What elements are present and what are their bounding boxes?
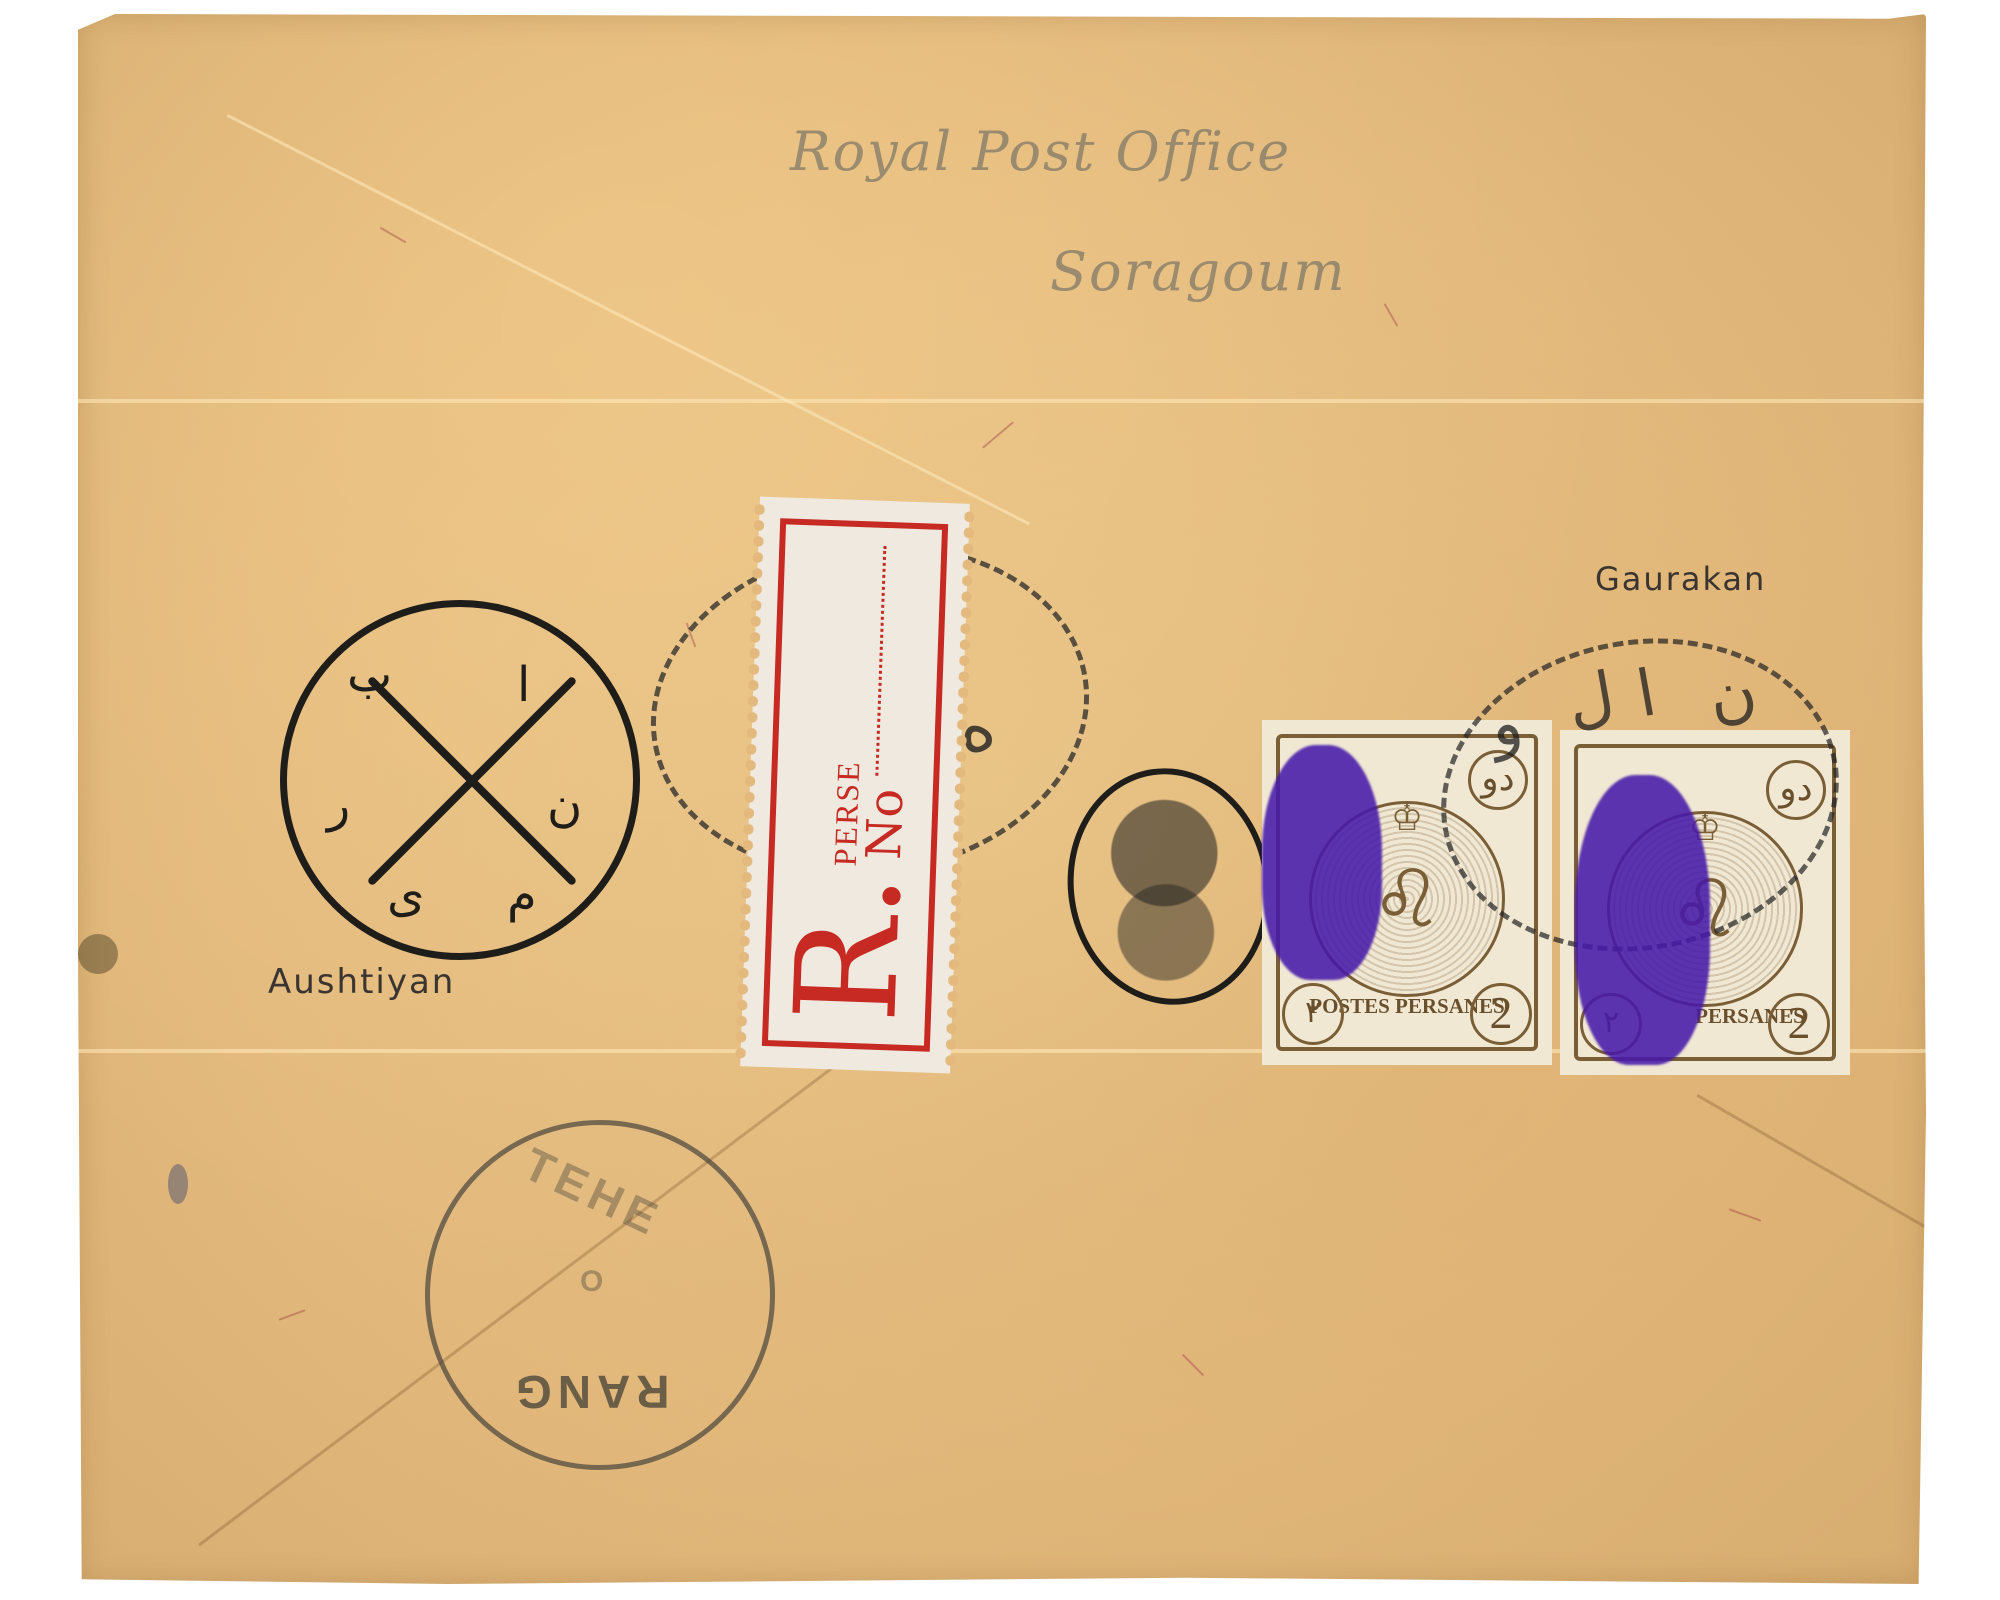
registration-number-prefix: No <box>856 788 914 861</box>
paper-fiber <box>1182 1354 1205 1377</box>
registration-label: PERSE R. No <box>745 502 964 1069</box>
seal-glyph: ا <box>517 657 530 713</box>
stamp-value-persian: ۲ <box>1282 983 1344 1045</box>
handwritten-gaurakan: Gaurakan <box>1595 560 1766 598</box>
transit-postmark: TEHE O RANG <box>425 1120 775 1470</box>
paper-fiber <box>982 421 1014 448</box>
postmark-glyph: ا <box>1631 656 1661 732</box>
seal-glyph: ب <box>347 647 392 703</box>
seal-glyph: م <box>507 867 537 923</box>
flap-edge <box>1697 1094 1958 1247</box>
violet-cancel-mark <box>1262 745 1382 980</box>
paper-fiber <box>279 1309 306 1320</box>
paper-fiber <box>380 227 407 244</box>
postmark-center: O <box>580 1265 609 1299</box>
fold-crease <box>78 399 1926 403</box>
paper-fiber <box>1384 303 1399 327</box>
seal-glyph: ی <box>387 867 425 923</box>
stamp-value: 2 <box>1768 993 1830 1055</box>
postmark-text-top: TEHE <box>515 1137 671 1248</box>
seal-glyph: ر <box>327 777 350 833</box>
stamp-value: 2 <box>1470 983 1532 1045</box>
handwritten-aushtiyan: Aushtiyan <box>268 962 455 1002</box>
seal-glyph: ن <box>547 777 582 833</box>
pencil-annotation-line-1: Royal Post Office <box>790 120 1291 183</box>
postmark-glyph: ن <box>1703 654 1762 735</box>
registration-mark: R. No <box>765 785 936 1025</box>
postmark-text-bottom: RANG <box>510 1365 669 1419</box>
ink-smudge <box>168 1164 188 1204</box>
round-calligraphic-seal: ب ا ر ن ی م <box>280 600 640 960</box>
paper-fiber <box>1729 1208 1762 1222</box>
postmark-glyph: ل <box>1562 659 1621 740</box>
registration-letter: R. <box>765 870 933 1026</box>
ink-smudge <box>78 934 118 974</box>
violet-cancel-mark <box>1575 775 1710 1065</box>
postmark-glyph: و <box>1484 685 1527 763</box>
pencil-annotation-line-2: Soragoum <box>1050 240 1347 303</box>
